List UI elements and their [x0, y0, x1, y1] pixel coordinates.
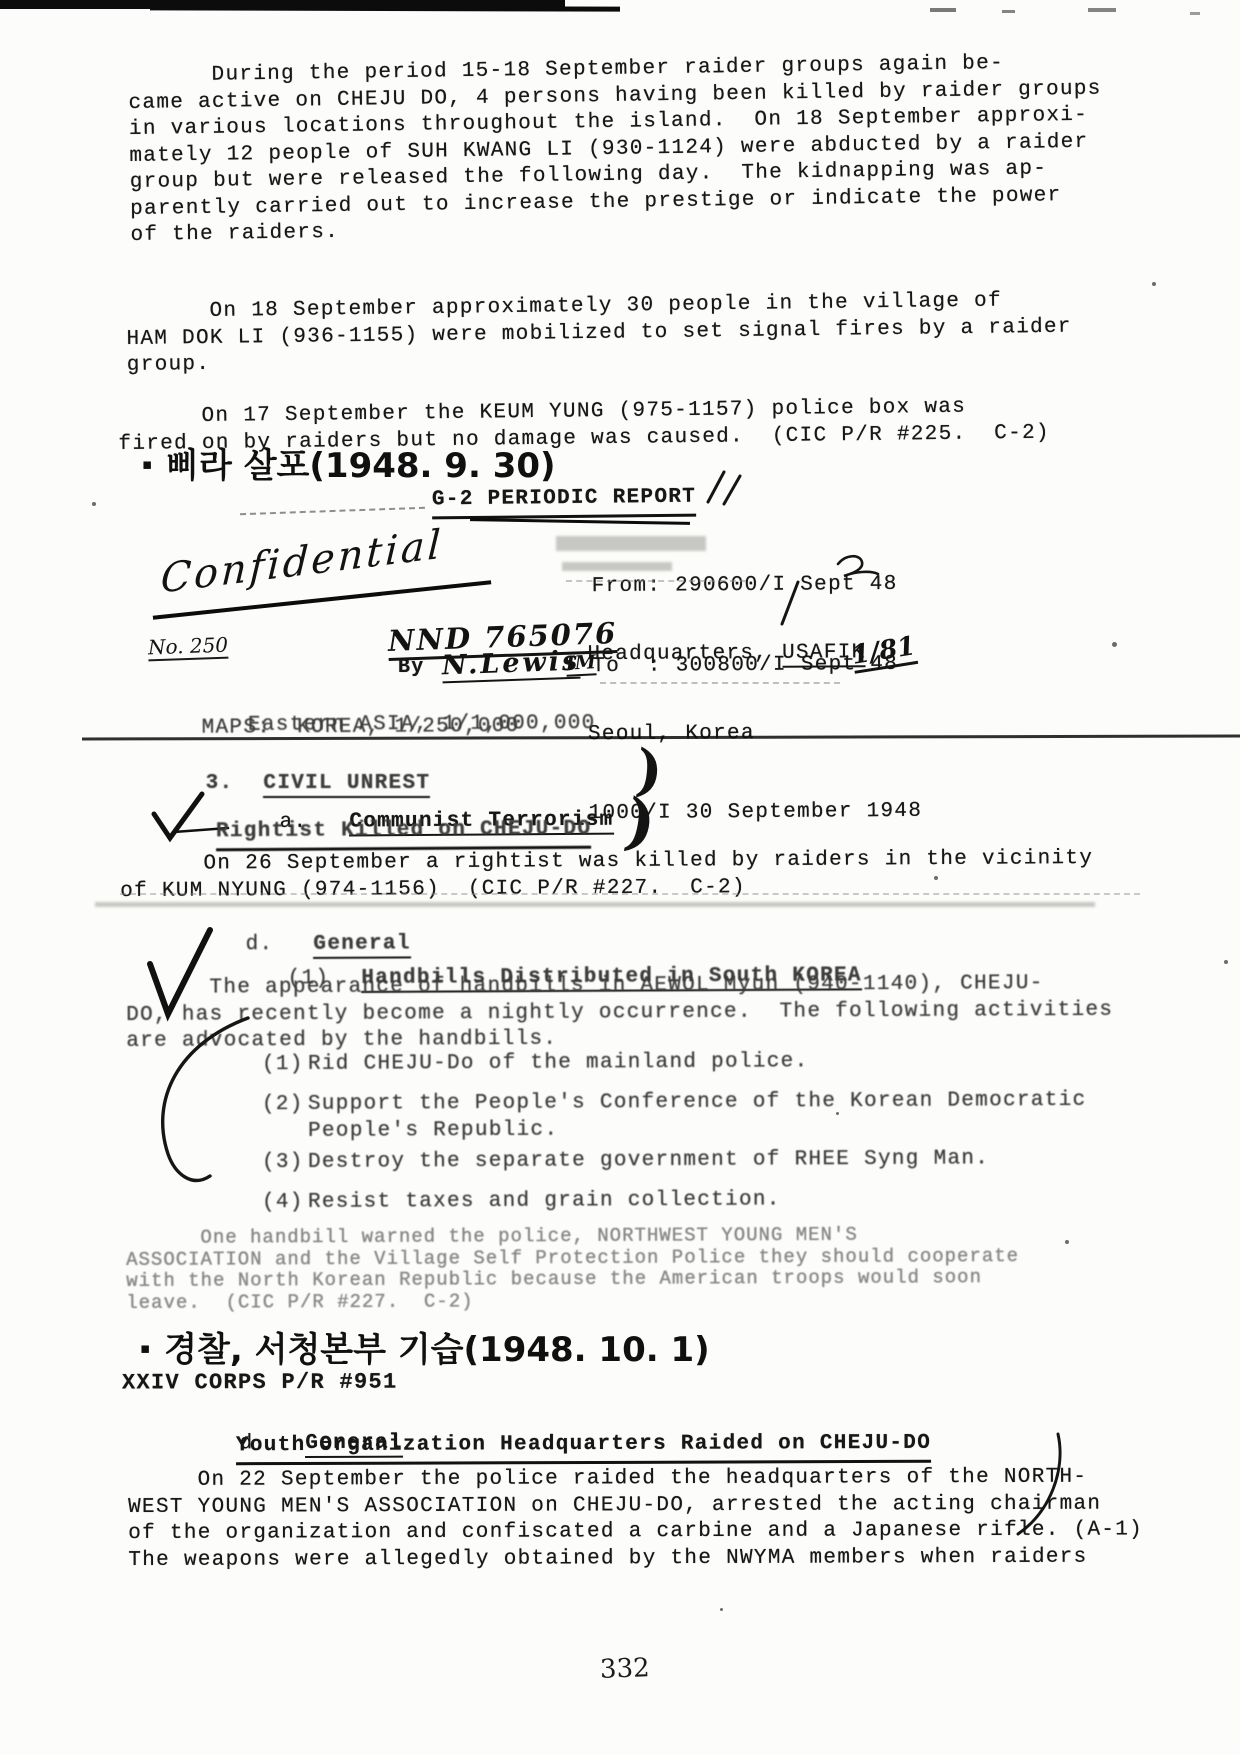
scan-edge-artifact — [150, 5, 620, 11]
pen-slash-mark — [778, 578, 802, 628]
handbill-item-text: Rid CHEJU-Do of the mainland police. — [308, 1049, 809, 1078]
handbill-item: (2)Support the People's Conference of th… — [262, 1088, 1102, 1145]
signature-dotted-line — [600, 682, 840, 684]
by-label: By — [398, 655, 425, 682]
handbill-item-number: (2) — [262, 1092, 308, 1145]
handbills-paragraph: The appearance of handbills in AEWOL Myu… — [126, 971, 1166, 1056]
korean-heading-text: 삐라 살포(1948. 9. 30) — [166, 446, 555, 486]
scan-edge-artifact — [1002, 10, 1015, 13]
intro-paragraph-1: During the period 15-18 September raider… — [128, 49, 1161, 250]
square-bullet-icon: ▪ — [140, 1339, 150, 1357]
korean-heading-police-raid: ▪경찰, 서청본부 기습(1948. 10. 1) — [140, 1322, 710, 1371]
scanned-document-page: During the period 15-18 September raider… — [0, 0, 1240, 1755]
scan-speck — [1112, 642, 1117, 647]
faint-scan-line — [120, 893, 1140, 895]
pen-squiggle-mark — [832, 552, 882, 582]
corps-report-header: XXIV CORPS P/R #951 — [122, 1370, 398, 1397]
handbill-item: (4)Resist taxes and grain collection. — [262, 1186, 1102, 1217]
warning-paragraph: One handbill warned the police, NORTHWES… — [126, 1224, 1106, 1314]
scan-edge-artifact — [1190, 12, 1200, 15]
handbill-item-text: Support the People's Conference of the K… — [308, 1088, 1087, 1145]
scan-edge-artifact — [930, 8, 956, 12]
korean-heading-leaflets: ▪삐라 살포(1948. 9. 30) — [142, 438, 556, 487]
scan-speck — [836, 1112, 839, 1115]
scan-speck — [1224, 960, 1228, 964]
handwritten-file-number: No. 250 — [148, 633, 229, 662]
pen-slash-marks — [700, 468, 744, 508]
handbill-item: (3)Destroy the separate government of RH… — [262, 1146, 1102, 1177]
intro-paragraph-2: On 18 September approximately 30 people … — [126, 287, 1157, 380]
faded-stamp-smudge — [562, 562, 672, 571]
scan-edge-artifact — [1088, 8, 1116, 12]
youth-org-heading: Youth Organization Headquarters Raided o… — [236, 1431, 931, 1465]
scan-speck — [934, 876, 938, 880]
page-number: 332 — [599, 1653, 650, 1685]
final-paragraph: On 22 September the police raided the he… — [128, 1464, 1188, 1574]
rightist-killed-heading: Rightist Killed on CHEJU-DO — [216, 817, 592, 851]
scan-speck — [92, 502, 96, 506]
maps-line-2: Eastern ASIA, 1/1,000,000 — [248, 711, 596, 739]
report-title: G-2 PERIODIC REPORT — [432, 485, 696, 519]
handbill-item-number: (1) — [262, 1052, 308, 1079]
handbill-item-number: (4) — [262, 1190, 308, 1217]
handwritten-signature: N.Lewis — [441, 646, 580, 684]
scan-speck — [1152, 282, 1156, 286]
faded-stamp-smudge — [556, 536, 706, 551]
korean-heading-text: 경찰, 서청본부 기습(1948. 10. 1) — [164, 1330, 710, 1370]
scan-speck — [1065, 1240, 1069, 1244]
faded-stamp-dots — [566, 580, 746, 582]
handbill-item-text: Resist taxes and grain collection. — [308, 1187, 781, 1216]
pen-bracket-curve — [148, 1016, 278, 1196]
handbill-item-number: (3) — [262, 1150, 308, 1177]
pen-leader-dashes — [240, 507, 425, 515]
scan-speck — [720, 1608, 723, 1611]
handbill-item: (1)Rid CHEJU-Do of the mainland police. — [262, 1048, 1102, 1079]
square-bullet-icon: ▪ — [142, 455, 152, 473]
rightist-paragraph: On 26 September a rightist was killed by… — [120, 846, 1160, 905]
handbill-item-text: Destroy the separate government of RHEE … — [308, 1146, 989, 1176]
